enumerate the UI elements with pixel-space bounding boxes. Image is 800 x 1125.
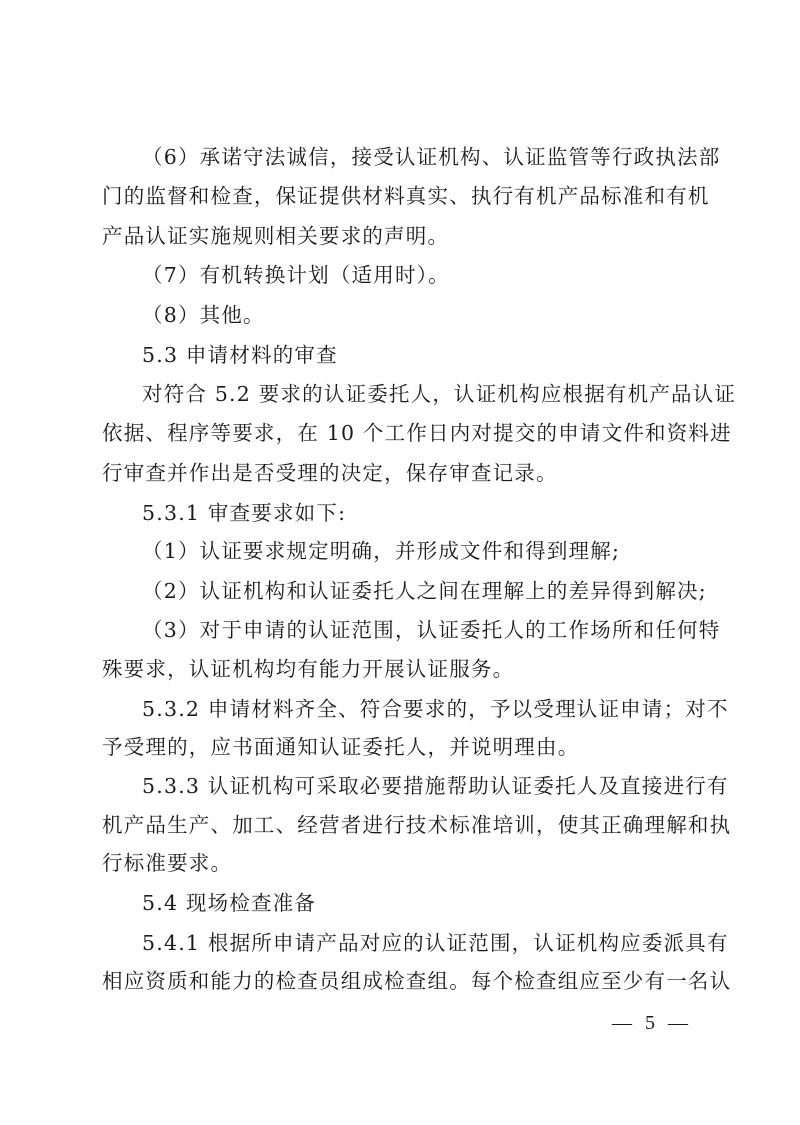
requirement-3-line-1: （3）对于申请的认证范围，认证委托人的工作场所和任何特 <box>142 617 742 643</box>
section-5-3-1-heading: 5.3.1 审查要求如下: <box>142 500 742 526</box>
paragraph-8: （8）其他。 <box>142 302 742 328</box>
section-5-3-3-line-1: 5.3.3 认证机构可采取必要措施帮助认证委托人及直接进行有 <box>142 773 742 799</box>
section-5-3-line-2: 依据、程序等要求，在 10 个工作日内对提交的申请文件和资料进 <box>102 420 702 446</box>
page-number: — 5 — <box>612 1012 692 1035</box>
section-5-3-3-line-2: 机产品生产、加工、经营者进行技术标准培训，使其正确理解和执 <box>102 812 702 838</box>
paragraph-6-line-2: 门的监督和检查，保证提供材料真实、执行有机产品标准和有机 <box>102 183 702 209</box>
section-heading-5-4: 5.4 现场检查准备 <box>142 890 742 916</box>
requirement-3-line-2: 殊要求，认证机构均有能力开展认证服务。 <box>102 656 702 682</box>
document-page: （6）承诺守法诚信，接受认证机构、认证监管等行政执法部 门的监督和检查，保证提供… <box>0 0 800 1125</box>
paragraph-6-line-3: 产品认证实施规则相关要求的声明。 <box>102 223 702 249</box>
requirement-2: （2）认证机构和认证委托人之间在理解上的差异得到解决; <box>142 578 742 604</box>
section-5-4-1-line-2: 相应资质和能力的检查员组成检查组。每个检查组应至少有一名认 <box>102 968 702 994</box>
section-5-3-line-1: 对符合 5.2 要求的认证委托人，认证机构应根据有机产品认证 <box>142 381 742 407</box>
section-5-4-1-line-1: 5.4.1 根据所申请产品对应的认证范围，认证机构应委派具有 <box>142 930 742 956</box>
requirement-1: （1）认证要求规定明确，并形成文件和得到理解; <box>142 538 742 564</box>
section-5-3-2-line-2: 予受理的，应书面通知认证委托人，并说明理由。 <box>102 734 702 760</box>
section-5-3-2-line-1: 5.3.2 申请材料齐全、符合要求的，予以受理认证申请；对不 <box>142 696 742 722</box>
section-heading-5-3: 5.3 申请材料的审查 <box>142 342 742 368</box>
section-5-3-3-line-3: 行标准要求。 <box>102 850 702 876</box>
paragraph-6-line-1: （6）承诺守法诚信，接受认证机构、认证监管等行政执法部 <box>142 144 742 170</box>
paragraph-7: （7）有机转换计划（适用时）。 <box>142 262 742 288</box>
section-5-3-line-3: 行审查并作出是否受理的决定，保存审查记录。 <box>102 460 702 486</box>
